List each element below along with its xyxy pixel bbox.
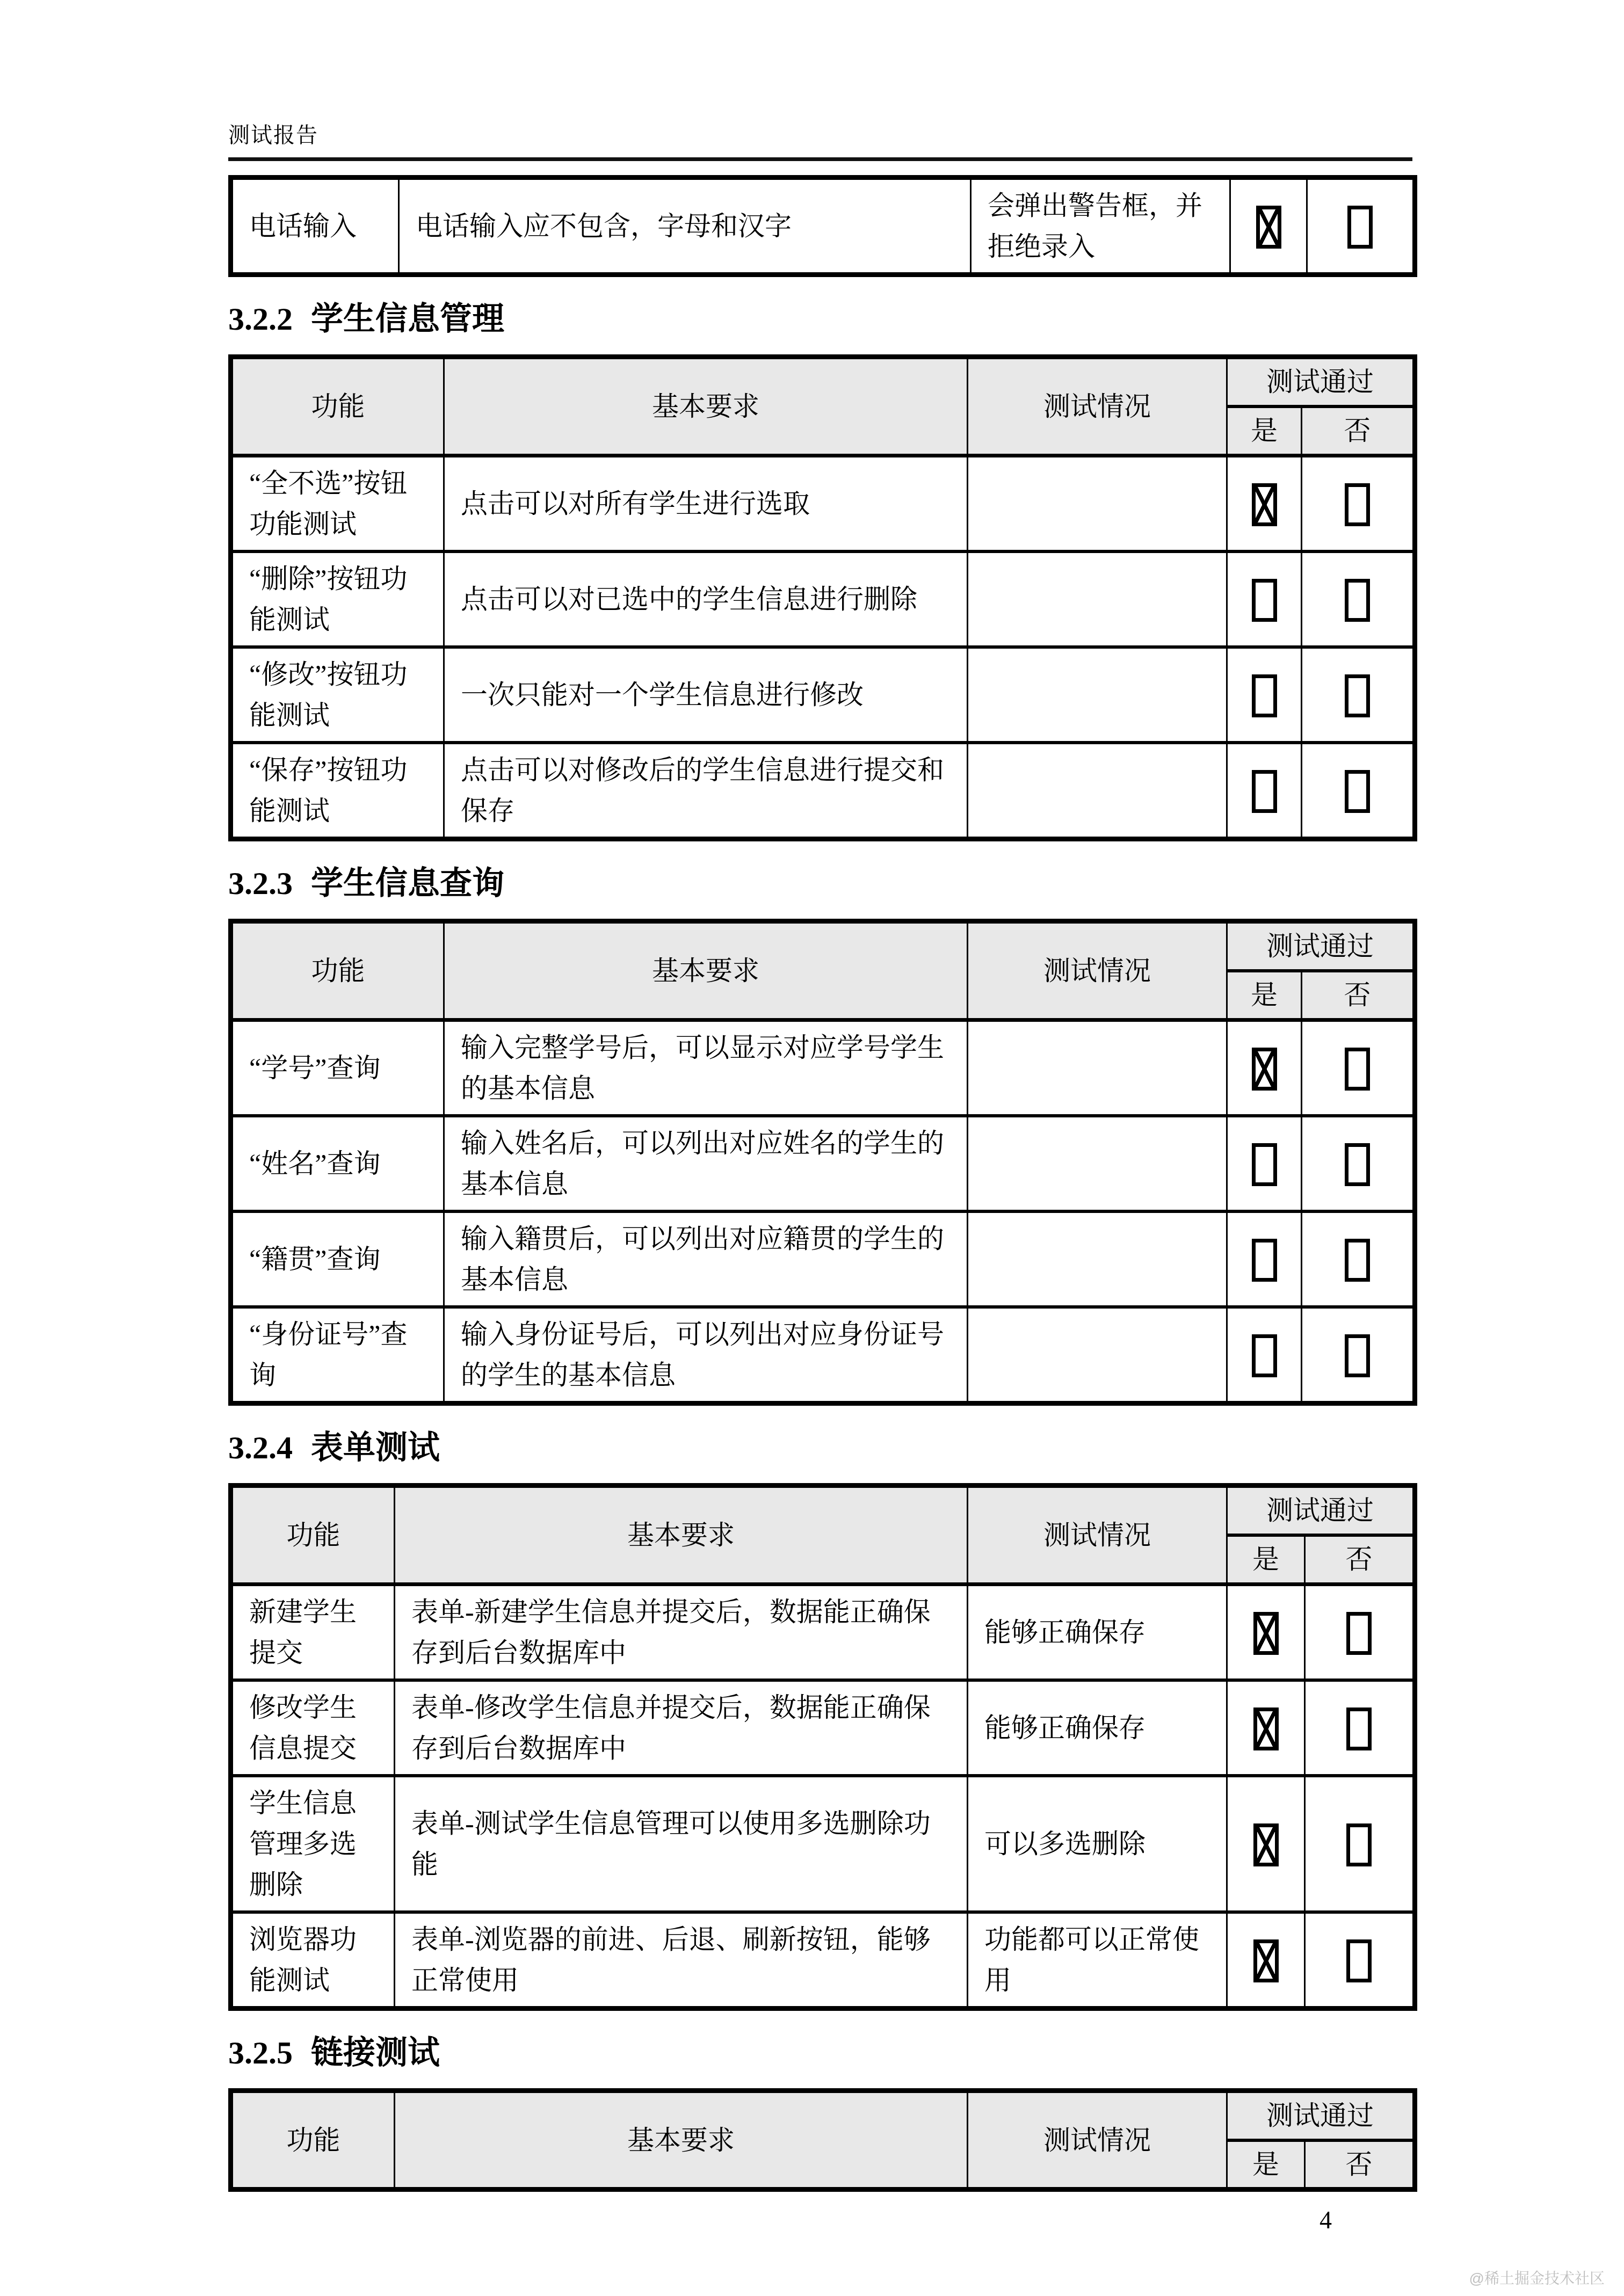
cell-pass-no: [1302, 456, 1415, 552]
cell-situation: [968, 647, 1227, 743]
checkbox-yes[interactable]: [1256, 206, 1281, 249]
table-row: 新建学生提交 表单-新建学生信息并提交后，数据能正确保存到后台数据库中 能够正确…: [231, 1585, 1415, 1681]
checkbox-yes[interactable]: [1252, 579, 1277, 622]
cell-pass-no: [1305, 1912, 1415, 2009]
column-header-no: 否: [1302, 971, 1415, 1020]
cell-function: 新建学生提交: [231, 1585, 395, 1681]
cell-requirement: 表单-浏览器的前进、后退、刷新按钮，能够正常使用: [395, 1912, 968, 2009]
checkbox-yes[interactable]: [1252, 483, 1277, 526]
column-header-yes: 是: [1227, 406, 1302, 456]
column-header-no: 否: [1305, 2140, 1415, 2190]
checkbox-no[interactable]: [1345, 1143, 1370, 1186]
column-header-function: 功能: [231, 921, 444, 1020]
table-row: “籍贯”查询 输入籍贯后，可以列出对应籍贯的学生的基本信息: [231, 1211, 1415, 1307]
column-header-requirement: 基本要求: [395, 1486, 968, 1585]
cell-pass-no: [1302, 743, 1415, 839]
cell-requirement: 点击可以对所有学生进行选取: [444, 456, 968, 552]
cell-pass-yes: [1227, 551, 1302, 647]
table-header: 功能 基本要求 测试情况 测试通过 是 否: [231, 2091, 1415, 2190]
checkbox-no[interactable]: [1346, 1939, 1372, 1982]
checkbox-no[interactable]: [1345, 770, 1370, 813]
cell-pass-no: [1302, 1116, 1415, 1211]
checkbox-yes[interactable]: [1252, 770, 1277, 813]
cell-function: “籍贯”查询: [231, 1211, 444, 1307]
checkbox-yes[interactable]: [1252, 1334, 1277, 1377]
table-row: “学号”查询 输入完整学号后，可以显示对应学号学生的基本信息: [231, 1020, 1415, 1116]
cell-function: “修改”按钮功能测试: [231, 647, 444, 743]
cell-pass-yes: [1227, 647, 1302, 743]
cell-function: “身份证号”查询: [231, 1307, 444, 1404]
checkbox-yes[interactable]: [1252, 1239, 1277, 1282]
cell-pass-no: [1305, 1776, 1415, 1912]
cell-situation: 会弹出警告框，并拒绝录入: [971, 178, 1230, 275]
checkbox-yes[interactable]: [1253, 1612, 1279, 1655]
cell-requirement: 输入完整学号后，可以显示对应学号学生的基本信息: [444, 1020, 968, 1116]
checkbox-no[interactable]: [1345, 483, 1370, 526]
cell-requirement: 表单-修改学生信息并提交后，数据能正确保存到后台数据库中: [395, 1680, 968, 1776]
cell-function: 浏览器功能测试: [231, 1912, 395, 2009]
cell-pass-no: [1305, 1585, 1415, 1681]
checkbox-no[interactable]: [1345, 1334, 1370, 1377]
column-header-pass: 测试通过: [1227, 2091, 1415, 2140]
cell-requirement: 输入姓名后，可以列出对应姓名的学生的基本信息: [444, 1116, 968, 1211]
checkbox-no[interactable]: [1346, 1708, 1372, 1750]
column-header-pass: 测试通过: [1227, 357, 1415, 406]
cell-function: “全不选”按钮功能测试: [231, 456, 444, 552]
table-row: “修改”按钮功能测试 一次只能对一个学生信息进行修改: [231, 647, 1415, 743]
cell-pass-yes: [1227, 1776, 1305, 1912]
checkbox-no[interactable]: [1345, 674, 1370, 717]
cell-pass-yes: [1230, 178, 1307, 275]
column-header-yes: 是: [1227, 971, 1302, 1020]
column-header-requirement: 基本要求: [395, 2091, 968, 2190]
cell-situation: [968, 551, 1227, 647]
column-header-situation: 测试情况: [968, 357, 1227, 456]
cell-pass-yes: [1227, 1307, 1302, 1404]
column-header-yes: 是: [1227, 2140, 1305, 2190]
section-number: 3.2.4: [228, 1430, 293, 1465]
watermark: @稀土掘金技术社区: [1469, 2267, 1605, 2288]
section-number: 3.2.2: [228, 301, 293, 337]
section-title: 链接测试: [311, 2035, 440, 2070]
cell-pass-no: [1302, 1307, 1415, 1404]
column-header-situation: 测试情况: [968, 2091, 1227, 2190]
checkbox-no[interactable]: [1345, 579, 1370, 622]
cell-situation: [968, 1116, 1227, 1211]
checkbox-yes[interactable]: [1252, 1143, 1277, 1186]
cell-pass-no: [1302, 1211, 1415, 1307]
column-header-no: 否: [1305, 1535, 1415, 1585]
cell-pass-yes: [1227, 1680, 1305, 1776]
table-row: “姓名”查询 输入姓名后，可以列出对应姓名的学生的基本信息: [231, 1116, 1415, 1211]
cell-pass-no: [1307, 178, 1415, 275]
table-row: “删除”按钮功能测试 点击可以对已选中的学生信息进行删除: [231, 551, 1415, 647]
table-row: 修改学生信息提交 表单-修改学生信息并提交后，数据能正确保存到后台数据库中 能够…: [231, 1680, 1415, 1776]
cell-pass-no: [1305, 1680, 1415, 1776]
column-header-function: 功能: [231, 2091, 395, 2190]
cell-situation: [968, 1211, 1227, 1307]
cell-requirement: 表单-新建学生信息并提交后，数据能正确保存到后台数据库中: [395, 1585, 968, 1681]
table-header: 功能 基本要求 测试情况 测试通过 是 否: [231, 1486, 1415, 1585]
checkbox-no[interactable]: [1345, 1048, 1370, 1091]
checkbox-no[interactable]: [1345, 1239, 1370, 1282]
cell-requirement: 输入籍贯后，可以列出对应籍贯的学生的基本信息: [444, 1211, 968, 1307]
table-row: “保存”按钮功能测试 点击可以对修改后的学生信息进行提交和保存: [231, 743, 1415, 839]
cell-function: “学号”查询: [231, 1020, 444, 1116]
cell-pass-no: [1302, 1020, 1415, 1116]
section-number: 3.2.5: [228, 2035, 293, 2070]
page-number: 4: [228, 2206, 1412, 2234]
section-title: 学生信息管理: [311, 301, 504, 337]
cell-situation: 能够正确保存: [968, 1680, 1227, 1776]
section-number: 3.2.3: [228, 866, 293, 901]
checkbox-yes[interactable]: [1252, 1048, 1277, 1091]
checkbox-no[interactable]: [1347, 206, 1373, 249]
checkbox-yes[interactable]: [1253, 1823, 1279, 1866]
table-header: 功能 基本要求 测试情况 测试通过 是 否: [231, 357, 1415, 456]
cell-pass-no: [1302, 551, 1415, 647]
section-heading-322: 3.2.2学生信息管理: [228, 300, 1412, 338]
checkbox-no[interactable]: [1346, 1612, 1372, 1655]
section-heading-324: 3.2.4表单测试: [228, 1428, 1412, 1467]
continued-test-table: 电话输入 电话输入应不包含，字母和汉字 会弹出警告框，并拒绝录入: [228, 175, 1417, 277]
cell-pass-no: [1302, 647, 1415, 743]
checkbox-yes[interactable]: [1252, 674, 1277, 717]
column-header-function: 功能: [231, 357, 444, 456]
test-table-324: 功能 基本要求 测试情况 测试通过 是 否 新建学生提交 表单-新建学生信息并提…: [228, 1483, 1417, 2011]
cell-pass-yes: [1227, 1020, 1302, 1116]
cell-requirement: 电话输入应不包含，字母和汉字: [399, 178, 971, 275]
cell-requirement: 表单-测试学生信息管理可以使用多选删除功能: [395, 1776, 968, 1912]
cell-function: 电话输入: [231, 178, 399, 275]
section-heading-323: 3.2.3学生信息查询: [228, 864, 1412, 903]
cell-pass-yes: [1227, 1116, 1302, 1211]
document-title: 测试报告: [228, 123, 318, 147]
cell-requirement: 一次只能对一个学生信息进行修改: [444, 647, 968, 743]
cell-function: “姓名”查询: [231, 1116, 444, 1211]
section-title: 表单测试: [311, 1429, 440, 1465]
cell-pass-yes: [1227, 743, 1302, 839]
cell-requirement: 点击可以对修改后的学生信息进行提交和保存: [444, 743, 968, 839]
column-header-pass: 测试通过: [1227, 921, 1415, 971]
cell-requirement: 输入身份证号后，可以列出对应身份证号的学生的基本信息: [444, 1307, 968, 1404]
cell-situation: [968, 1020, 1227, 1116]
table-row: “全不选”按钮功能测试 点击可以对所有学生进行选取: [231, 456, 1415, 552]
section-title: 学生信息查询: [311, 865, 504, 901]
cell-situation: [968, 456, 1227, 552]
document-page: 测试报告 电话输入 电话输入应不包含，字母和汉字 会弹出警告框，并拒绝录入 3.…: [0, 0, 1624, 2296]
cell-situation: [968, 743, 1227, 839]
test-table-322: 功能 基本要求 测试情况 测试通过 是 否 “全不选”按钮功能测试 点击可以对所…: [228, 354, 1417, 841]
column-header-requirement: 基本要求: [444, 357, 968, 456]
cell-function: “删除”按钮功能测试: [231, 551, 444, 647]
checkbox-yes[interactable]: [1253, 1939, 1279, 1982]
cell-pass-yes: [1227, 1585, 1305, 1681]
column-header-yes: 是: [1227, 1535, 1305, 1585]
cell-function: “保存”按钮功能测试: [231, 743, 444, 839]
table-row: 浏览器功能测试 表单-浏览器的前进、后退、刷新按钮，能够正常使用 功能都可以正常…: [231, 1912, 1415, 2009]
running-header: 测试报告: [228, 0, 1412, 161]
checkbox-no[interactable]: [1346, 1823, 1372, 1866]
test-table-325: 功能 基本要求 测试情况 测试通过 是 否: [228, 2088, 1417, 2192]
cell-function: 学生信息管理多选删除: [231, 1776, 395, 1912]
cell-situation: 可以多选删除: [968, 1776, 1227, 1912]
cell-pass-yes: [1227, 456, 1302, 552]
column-header-no: 否: [1302, 406, 1415, 456]
column-header-pass: 测试通过: [1227, 1486, 1415, 1535]
cell-situation: [968, 1307, 1227, 1404]
cell-situation: 功能都可以正常使用: [968, 1912, 1227, 2009]
cell-situation: 能够正确保存: [968, 1585, 1227, 1681]
table-header: 功能 基本要求 测试情况 测试通过 是 否: [231, 921, 1415, 1020]
column-header-requirement: 基本要求: [444, 921, 968, 1020]
table-row: “身份证号”查询 输入身份证号后，可以列出对应身份证号的学生的基本信息: [231, 1307, 1415, 1404]
table-row: 电话输入 电话输入应不包含，字母和汉字 会弹出警告框，并拒绝录入: [231, 178, 1415, 275]
column-header-situation: 测试情况: [968, 921, 1227, 1020]
cell-function: 修改学生信息提交: [231, 1680, 395, 1776]
test-table-323: 功能 基本要求 测试情况 测试通过 是 否 “学号”查询 输入完整学号后，可以显…: [228, 919, 1417, 1406]
cell-pass-yes: [1227, 1211, 1302, 1307]
page-content: 测试报告 电话输入 电话输入应不包含，字母和汉字 会弹出警告框，并拒绝录入 3.…: [228, 0, 1412, 2234]
cell-pass-yes: [1227, 1912, 1305, 2009]
section-heading-325: 3.2.5链接测试: [228, 2033, 1412, 2072]
cell-requirement: 点击可以对已选中的学生信息进行删除: [444, 551, 968, 647]
column-header-situation: 测试情况: [968, 1486, 1227, 1585]
table-row: 学生信息管理多选删除 表单-测试学生信息管理可以使用多选删除功能 可以多选删除: [231, 1776, 1415, 1912]
column-header-function: 功能: [231, 1486, 395, 1585]
checkbox-yes[interactable]: [1253, 1708, 1279, 1750]
